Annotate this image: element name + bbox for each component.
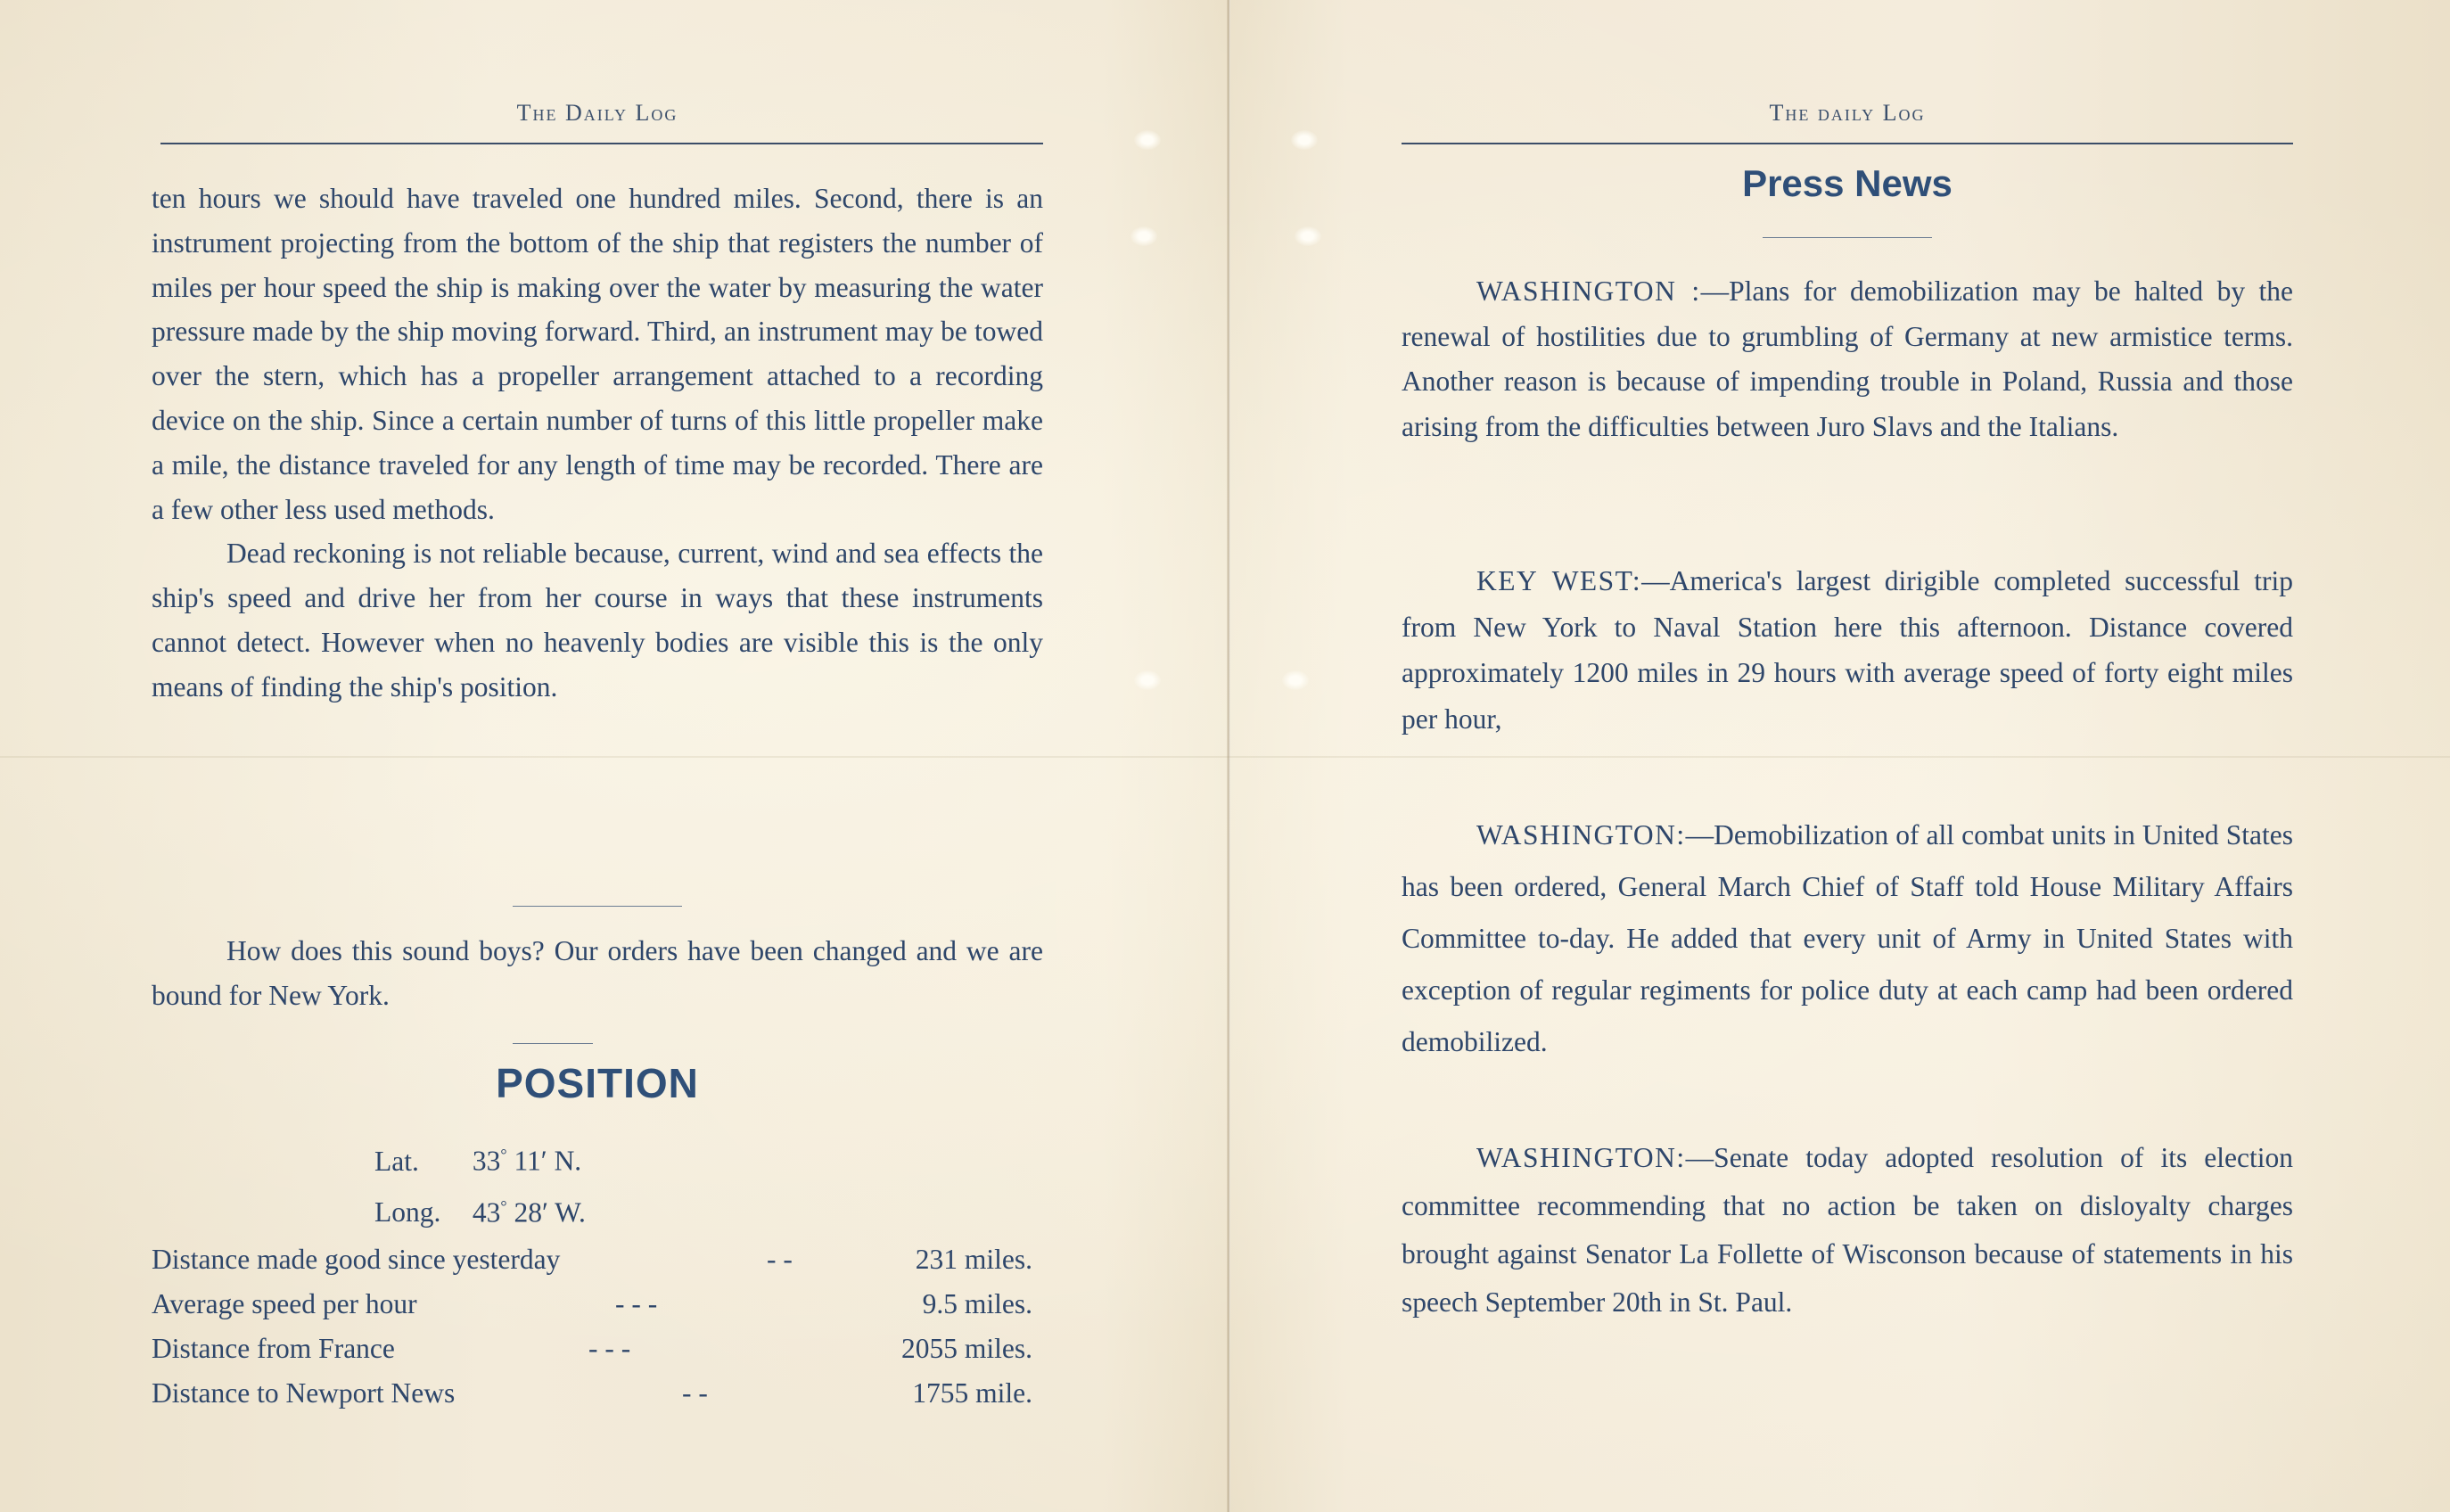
stat-value: 9.5 miles. <box>923 1282 1032 1327</box>
running-head: The Daily Log <box>152 100 1043 127</box>
stat-leader: - - - <box>588 1327 630 1371</box>
note-block: How does this sound boys? Our orders hav… <box>152 929 1043 1018</box>
news-dateline: KEY WEST: <box>1476 565 1641 596</box>
paragraph-instruments: ten hours we should have traveled one hu… <box>152 177 1043 531</box>
position-coordinates: Lat. 33° 11′ N. Long. 43° 28′ W. <box>374 1132 586 1235</box>
staple-hole <box>1282 670 1309 690</box>
running-head: The daily Log <box>1402 100 2293 127</box>
stat-leader: - - <box>682 1371 708 1416</box>
longitude-hemisphere: W. <box>555 1196 586 1228</box>
section-divider <box>513 1043 593 1044</box>
left-page: The Daily Log ten hours we should have t… <box>152 0 1043 1512</box>
staple-hole <box>1134 130 1161 150</box>
news-dateline: WASHINGTON : <box>1476 275 1701 307</box>
longitude-label: Long. <box>374 1190 465 1235</box>
news-item: WASHINGTON:—Demobilization of all combat… <box>1402 809 2293 1068</box>
latitude-hemisphere: N. <box>555 1146 582 1177</box>
longitude-row: Long. 43° 28′ W. <box>374 1184 586 1236</box>
header-rule <box>160 143 1043 144</box>
latitude-minutes: 11 <box>514 1146 540 1177</box>
stat-leader: - - - <box>615 1282 657 1327</box>
stat-row: Distance made good since yesterday - - 2… <box>152 1237 1043 1282</box>
right-page: The daily Log Press News WASHINGTON :—Pl… <box>1402 0 2293 1512</box>
staple-hole <box>1291 130 1318 150</box>
stat-value: 2055 miles. <box>901 1327 1032 1371</box>
newsletter-spread: The Daily Log ten hours we should have t… <box>0 0 2450 1512</box>
latitude-row: Lat. 33° 11′ N. <box>374 1132 586 1184</box>
degree-symbol: ° <box>500 1197 506 1215</box>
staple-hole <box>1295 226 1321 246</box>
stat-value: 231 miles. <box>916 1237 1032 1282</box>
press-news-title: Press News <box>1402 162 2293 205</box>
voyage-stats: Distance made good since yesterday - - 2… <box>152 1237 1043 1416</box>
news-item: KEY WEST:—America's largest dirigible co… <box>1402 558 2293 742</box>
news-item: WASHINGTON :—Plans for demobilization ma… <box>1402 269 2293 449</box>
news-item: WASHINGTON:—Senate today adopted resolut… <box>1402 1134 2293 1327</box>
position-title: POSITION <box>152 1059 1043 1107</box>
news-dateline: WASHINGTON: <box>1476 819 1686 850</box>
stat-row: Distance from France - - - 2055 miles. <box>152 1327 1043 1371</box>
article-body: ten hours we should have traveled one hu… <box>152 177 1043 710</box>
staple-hole <box>1134 670 1161 690</box>
latitude-degrees: 33 <box>473 1146 501 1177</box>
latitude-label: Lat. <box>374 1139 465 1184</box>
paragraph-orders-note: How does this sound boys? Our orders hav… <box>152 929 1043 1018</box>
news-dateline: WASHINGTON: <box>1476 1142 1686 1173</box>
stat-leader: - - <box>767 1237 793 1282</box>
stat-label: Average speed per hour <box>152 1282 417 1327</box>
longitude-minutes: 28 <box>514 1196 542 1228</box>
staple-hole <box>1130 226 1157 246</box>
longitude-degrees: 43 <box>473 1196 501 1228</box>
section-divider <box>513 906 682 907</box>
news-text: —Demobilization of all combat units in U… <box>1402 819 2293 1057</box>
title-underline <box>1763 237 1932 238</box>
stat-value: 1755 mile. <box>912 1371 1032 1416</box>
stat-row: Distance to Newport News - - 1755 mile. <box>152 1371 1043 1416</box>
header-rule <box>1402 143 2293 144</box>
degree-symbol: ° <box>500 1146 506 1163</box>
stat-label: Distance from France <box>152 1327 395 1371</box>
paragraph-dead-reckoning: Dead reckoning is not reliable because, … <box>152 531 1043 709</box>
stat-row: Average speed per hour - - - 9.5 miles. <box>152 1282 1043 1327</box>
stat-label: Distance made good since yesterday <box>152 1237 560 1282</box>
stat-label: Distance to Newport News <box>152 1371 455 1416</box>
